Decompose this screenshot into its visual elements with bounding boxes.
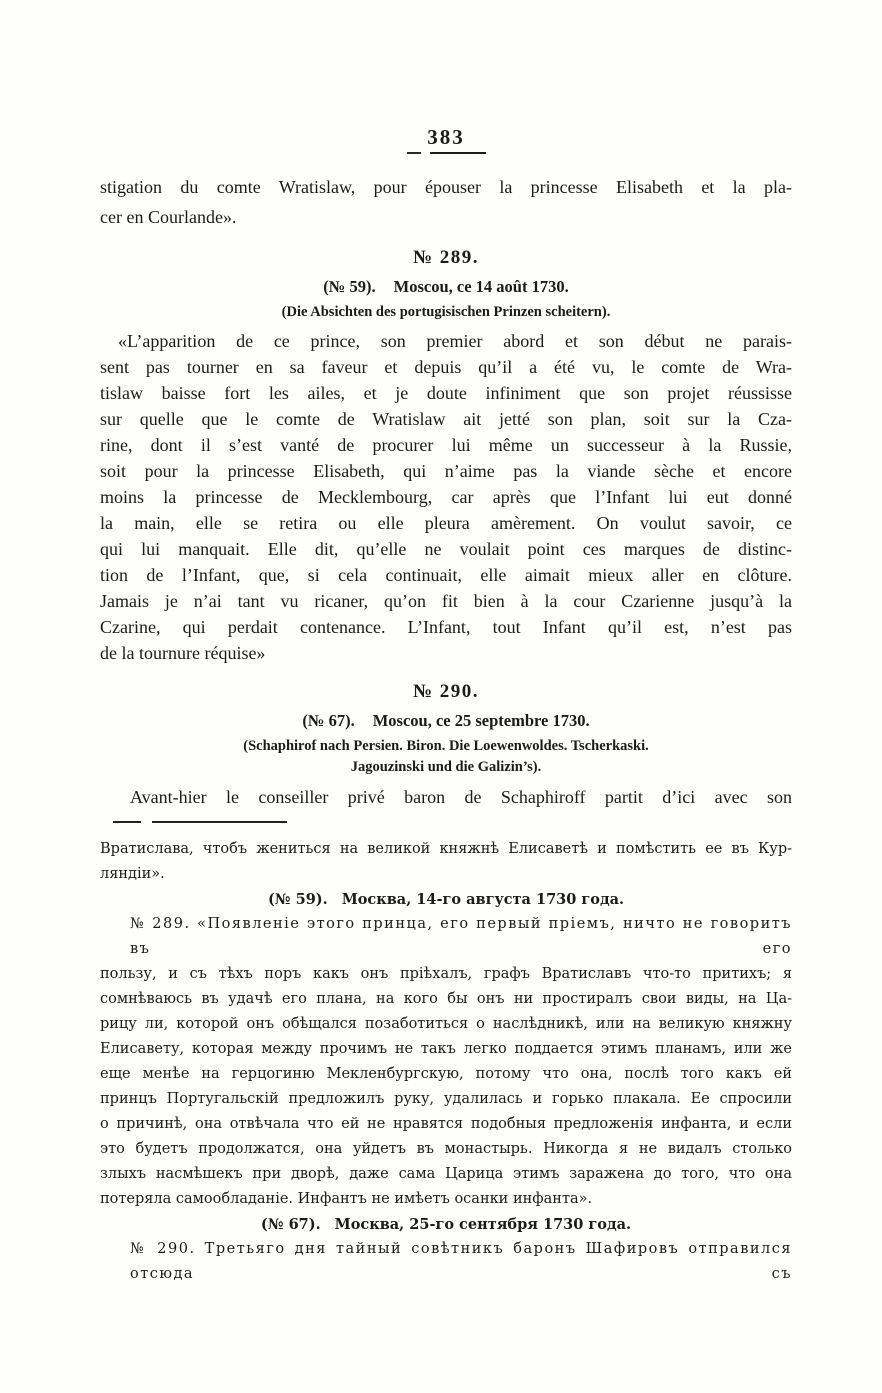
text-line: «L’apparition de ce prince, son premier … bbox=[100, 328, 792, 354]
footnote-67-date: Москва, 25-го сентября 1730 года. bbox=[335, 1216, 631, 1233]
text-line: Avant-hier le conseiller privé baron de … bbox=[100, 785, 792, 809]
text-line: Елисавету, которая между прочимъ не такъ… bbox=[100, 1037, 792, 1062]
text-line: ляндіи». bbox=[100, 862, 792, 887]
entry-290-ref: (№ 67). bbox=[302, 711, 354, 730]
entry-289-paragraph: «L’apparition de ce prince, son premier … bbox=[100, 328, 792, 666]
book-page: 383 stigation du comte Wratislaw, pour é… bbox=[0, 0, 882, 1393]
text-line: sent pas tourner en sa faveur et depuis … bbox=[100, 354, 792, 380]
text-line: о причинѣ, она отвѣчала что ей не нравят… bbox=[100, 1112, 792, 1137]
text-line: сомнѣваюсь въ удачѣ его плана, на кого б… bbox=[100, 987, 792, 1012]
text-line: Jamais je n’ai tant vu ricaner, qu’on fi… bbox=[100, 588, 792, 614]
footnote-dateline-67: (№ 67).Москва, 25-го сентября 1730 года. bbox=[100, 1212, 792, 1237]
text-column: 383 stigation du comte Wratislaw, pour é… bbox=[100, 0, 792, 1287]
text-line: moins la princesse de Mecklembourg, car … bbox=[100, 484, 792, 510]
text-line: qui lui manquait. Elle dit, qu’elle ne v… bbox=[100, 536, 792, 562]
text-line: la main, elle se retira ou elle pleura a… bbox=[100, 510, 792, 536]
text-line: sur quelle que le comte de Wratislaw ait… bbox=[100, 406, 792, 432]
entry-289-dateline: (№ 59).Moscou, ce 14 août 1730. bbox=[100, 276, 792, 298]
footnote-290: № 290. Третьяго дня тайный совѣтникъ бар… bbox=[100, 1237, 792, 1287]
separator-segment bbox=[113, 821, 141, 823]
text-line: Czarine, qui perdait contenance. L’Infan… bbox=[100, 614, 792, 640]
page-number: 383 bbox=[427, 126, 465, 148]
text-line: еще менѣе на герцогиню Мекленбургскую, п… bbox=[100, 1062, 792, 1087]
footnote-continuation: Вратислава, чтобъ жениться на великой кн… bbox=[100, 837, 792, 887]
text-line: stigation du comte Wratislaw, pour épous… bbox=[100, 172, 792, 202]
text-line: потеряла самообладаніе. Инфантъ не имѣет… bbox=[100, 1187, 792, 1212]
text-line: № 290. Третьяго дня тайный совѣтникъ бар… bbox=[100, 1237, 792, 1287]
entry-289-ref: (№ 59). bbox=[323, 277, 375, 296]
intro-paragraph: stigation du comte Wratislaw, pour épous… bbox=[100, 172, 792, 232]
entry-290-date: Moscou, ce 25 septembre 1730. bbox=[373, 711, 590, 730]
text-line: soit pour la princesse Elisabeth, qui n’… bbox=[100, 458, 792, 484]
page-header: 383 bbox=[100, 126, 792, 154]
footnote-dateline-59: (№ 59).Москва, 14-го августа 1730 года. bbox=[100, 887, 792, 912]
footnote-59-ref: (№ 59). bbox=[268, 891, 328, 908]
text-line: cer en Courlande». bbox=[100, 202, 792, 232]
rule-dash bbox=[407, 152, 421, 154]
text-line: rine, dont il s’est vanté de procurer lu… bbox=[100, 432, 792, 458]
text-line: tislaw baisse fort les ailes, et je dout… bbox=[100, 380, 792, 406]
entry-289-subject: (Die Absichten des portugisischen Prinze… bbox=[100, 302, 792, 323]
text-line: принцъ Португальскій предложилъ руку, уд… bbox=[100, 1087, 792, 1112]
entry-290-subject-line2: Jagouzinski und die Galizin’s). bbox=[100, 757, 792, 778]
text-line: это будетъ продолжатся, она уйдетъ въ мо… bbox=[100, 1137, 792, 1162]
text-line: Вратислава, чтобъ жениться на великой кн… bbox=[100, 837, 792, 862]
footnote-59-date: Москва, 14-го августа 1730 года. bbox=[342, 891, 624, 908]
text-line: рицу ли, которой онъ обѣщался позаботить… bbox=[100, 1012, 792, 1037]
entry-290-paragraph: Avant-hier le conseiller privé baron de … bbox=[100, 785, 792, 809]
separator-segment bbox=[152, 821, 287, 823]
entry-290-heading: № 290. bbox=[100, 679, 792, 705]
entry-290-subject-line1: (Schaphirof nach Persien. Biron. Die Loe… bbox=[100, 736, 792, 757]
text-line: № 289. «Появленіе этого принца, его перв… bbox=[100, 912, 792, 962]
page-number-rule bbox=[100, 152, 792, 154]
entry-290-dateline: (№ 67).Moscou, ce 25 septembre 1730. bbox=[100, 710, 792, 732]
text-line: злыхъ насмѣшекъ при дворѣ, даже сама Цар… bbox=[100, 1162, 792, 1187]
text-line: de la tournure réquise» bbox=[100, 640, 792, 666]
rule-line bbox=[430, 152, 486, 154]
footnote-289: № 289. «Появленіе этого принца, его перв… bbox=[100, 912, 792, 1212]
entry-289-date: Moscou, ce 14 août 1730. bbox=[394, 277, 569, 296]
footnote-67-ref: (№ 67). bbox=[261, 1216, 321, 1233]
text-line: пользу, и съ тѣхъ поръ какъ онъ пріѣхалъ… bbox=[100, 962, 792, 987]
footnote-separator bbox=[113, 821, 792, 823]
text-line: tion de l’Infant, que, si cela continuai… bbox=[100, 562, 792, 588]
entry-289-heading: № 289. bbox=[100, 245, 792, 271]
